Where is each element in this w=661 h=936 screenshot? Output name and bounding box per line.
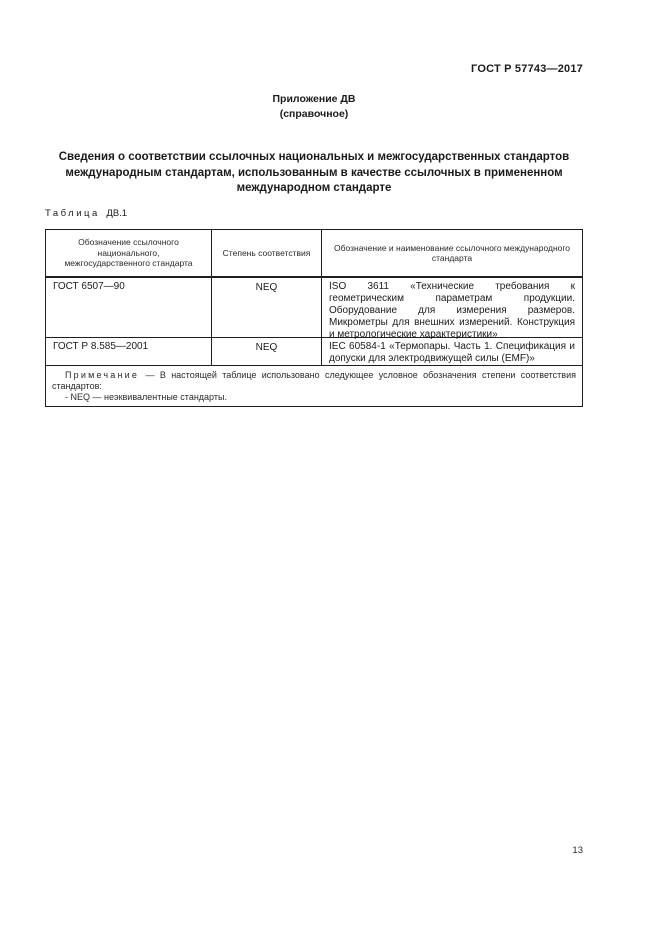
table-note-label: Примечание [65, 370, 139, 380]
appendix-title: Приложение ДВ [45, 92, 583, 107]
table-cell-national-standard: ГОСТ Р 8.585—2001 [46, 338, 212, 366]
column-header-national-standard: Обозначение ссылочного национального, ме… [46, 230, 212, 278]
table-label: Таблица ДВ.1 [45, 208, 127, 219]
table-cell-international-standard: ISO 3611 «Технические требования к геоме… [322, 278, 582, 338]
section-title: Сведения о соответствии ссылочных национ… [45, 150, 583, 197]
appendix-subtitle: (справочное) [45, 107, 583, 122]
page-number: 13 [45, 845, 583, 856]
column-header-international-standard: Обозначение и наименование ссылочного ме… [322, 230, 582, 278]
doc-code: ГОСТ Р 57743—2017 [45, 63, 583, 75]
document-page: ГОСТ Р 57743—2017 Приложение ДВ (справоч… [0, 0, 661, 936]
correspondence-table: Обозначение ссылочного национального, ме… [45, 229, 583, 407]
table-note-paragraph: Примечание — В настоящей таблице использ… [52, 370, 576, 392]
column-header-correspondence-degree: Степень соответствия [212, 230, 322, 278]
appendix-block: Приложение ДВ (справочное) [45, 92, 583, 122]
table-note: Примечание — В настоящей таблице использ… [46, 366, 582, 406]
table-cell-degree: NEQ [212, 278, 322, 338]
table-label-word: Таблица [45, 208, 100, 219]
table-cell-national-standard: ГОСТ 6507—90 [46, 278, 212, 338]
table-note-item: - NEQ — неэквивалентные стандарты. [52, 392, 576, 403]
table-cell-degree: NEQ [212, 338, 322, 366]
table-cell-international-standard: IEC 60584-1 «Термопары. Часть 1. Специфи… [322, 338, 582, 366]
table-label-number: ДВ.1 [106, 208, 127, 219]
